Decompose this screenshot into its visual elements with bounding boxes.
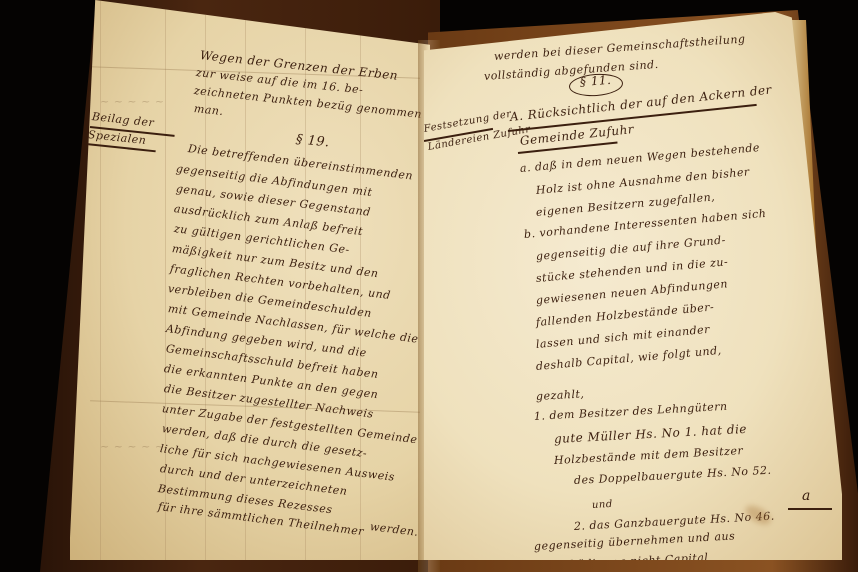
page-mark-underline [788,508,832,510]
photo-background: ~ ~ ~ ~ ~ ~ ~ ~ ~ ~ Beilag der Spezialen… [0,0,858,572]
right-page: werden bei dieser Gemeinschaftstheilung … [424,12,842,560]
page-mark: a [802,488,811,504]
header-line: man. [193,102,224,118]
body-line: gezahlt, [536,387,585,403]
body-line: und [592,499,613,511]
body-line: 1. dem Besitzer des Lehngütern [534,400,728,423]
body-line: des Doppelbauergute Hs. No 52. [574,464,772,487]
ruling-line [100,0,101,560]
left-page: ~ ~ ~ ~ ~ ~ ~ ~ ~ ~ Beilag der Spezialen… [70,0,430,560]
faint-text: ~ ~ ~ ~ ~ [100,95,165,108]
ink-stain [742,502,773,528]
body-line: 2. das Ganzbauergute Hs. No 46. [574,509,775,532]
body-line: gegenseitig übernehmen und aus [534,529,736,553]
body-line: werden. [369,520,419,539]
body-line: gute Müller Hs. No 1. hat die [554,422,748,446]
section-mark: § 11. [580,73,612,89]
faint-text: ~ ~ ~ ~ ~ [100,440,165,453]
body-line: Holzbestände mit dem Besitzer [554,444,744,467]
ruling-line [165,0,166,560]
section-mark: § 19. [295,132,330,150]
